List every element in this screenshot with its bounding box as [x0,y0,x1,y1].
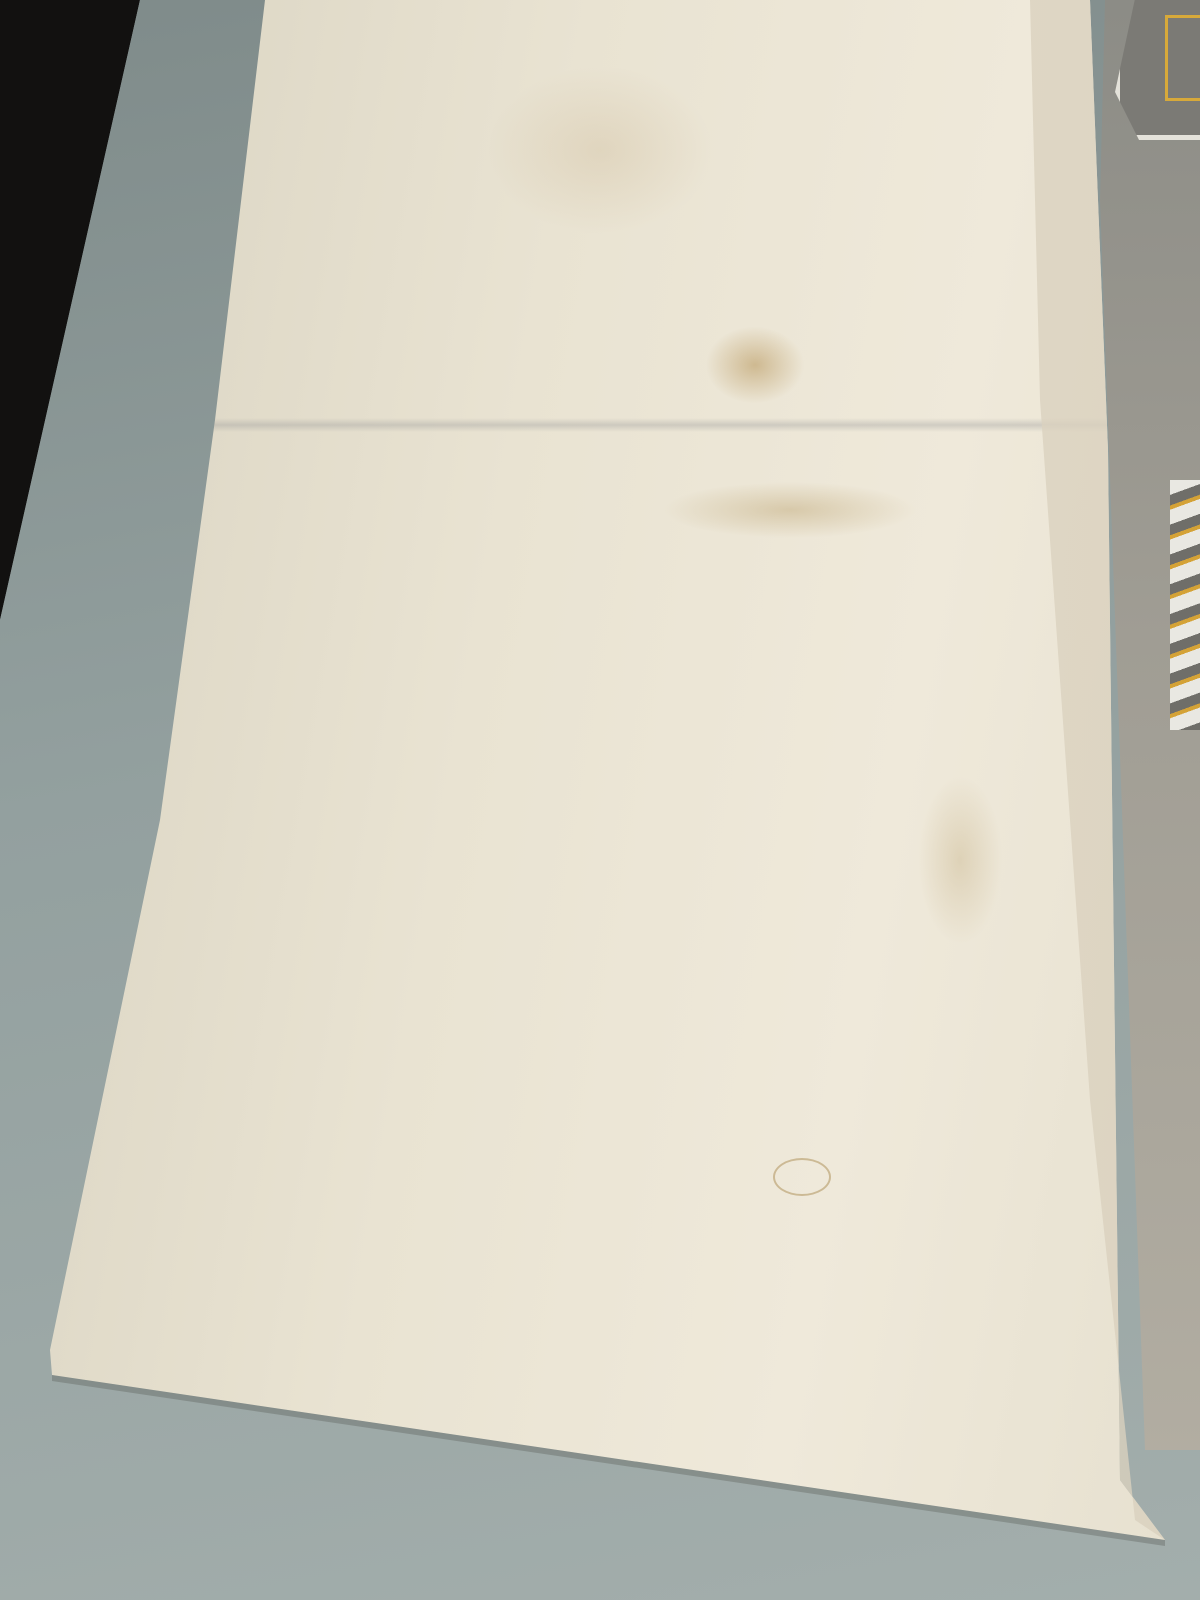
photo-scene [0,0,1200,1600]
water-stain-ring [773,1158,831,1196]
embroidered-stripe-motif [1170,480,1200,730]
